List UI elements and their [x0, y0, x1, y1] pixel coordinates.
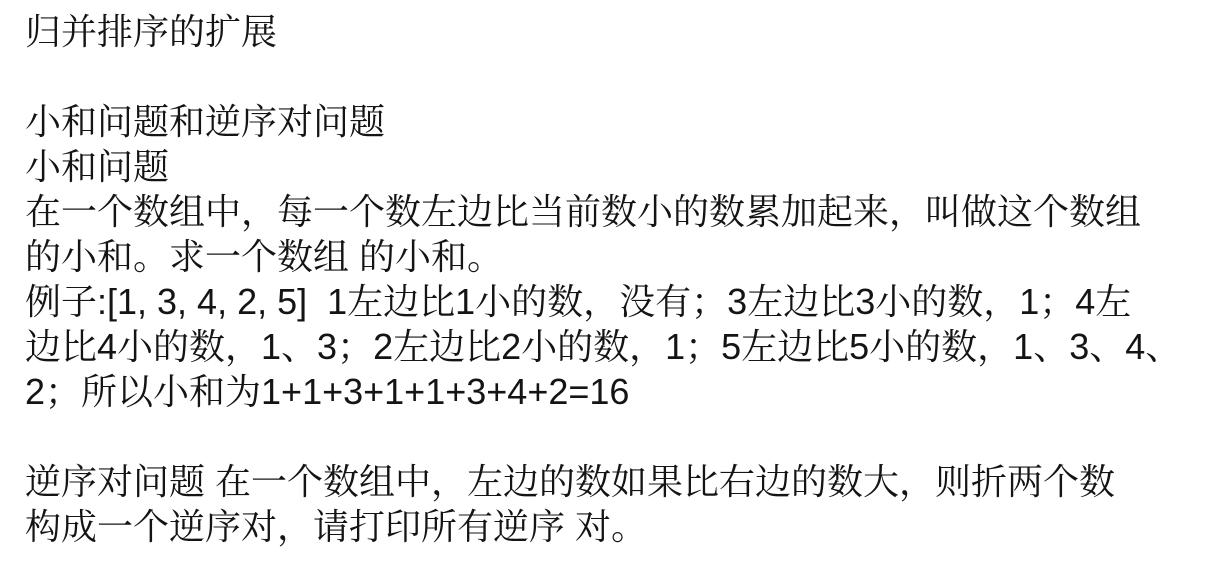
- text-line: 例子:[1, 3, 4, 2, 5] 1左边比1小的数，没有；3左边比3小的数，…: [25, 279, 1207, 324]
- section-heading: 小和问题和逆序对问题: [25, 99, 1207, 144]
- text-line: 构成一个逆序对，请打印所有逆序 对。: [25, 504, 1207, 549]
- blank-line: [25, 414, 1207, 459]
- text-line: 的小和。求一个数组 的小和。: [25, 234, 1207, 279]
- page-title: 归并排序的扩展: [25, 9, 1207, 54]
- text-line: 在一个数组中，每一个数左边比当前数小的数累加起来，叫做这个数组: [25, 189, 1207, 234]
- notes-page: 归并排序的扩展 小和问题和逆序对问题 小和问题 在一个数组中，每一个数左边比当前…: [0, 0, 1225, 564]
- text-line: 2；所以小和为1+1+3+1+1+3+4+2=16: [25, 369, 1207, 414]
- blank-line: [25, 54, 1207, 99]
- document-text-block: 归并排序的扩展 小和问题和逆序对问题 小和问题 在一个数组中，每一个数左边比当前…: [0, 0, 1225, 549]
- text-line: 逆序对问题 在一个数组中，左边的数如果比右边的数大，则折两个数: [25, 459, 1207, 504]
- subsection-heading: 小和问题: [25, 144, 1207, 189]
- text-line: 边比4小的数，1、3；2左边比2小的数，1；5左边比5小的数，1、3、4、: [25, 324, 1207, 369]
